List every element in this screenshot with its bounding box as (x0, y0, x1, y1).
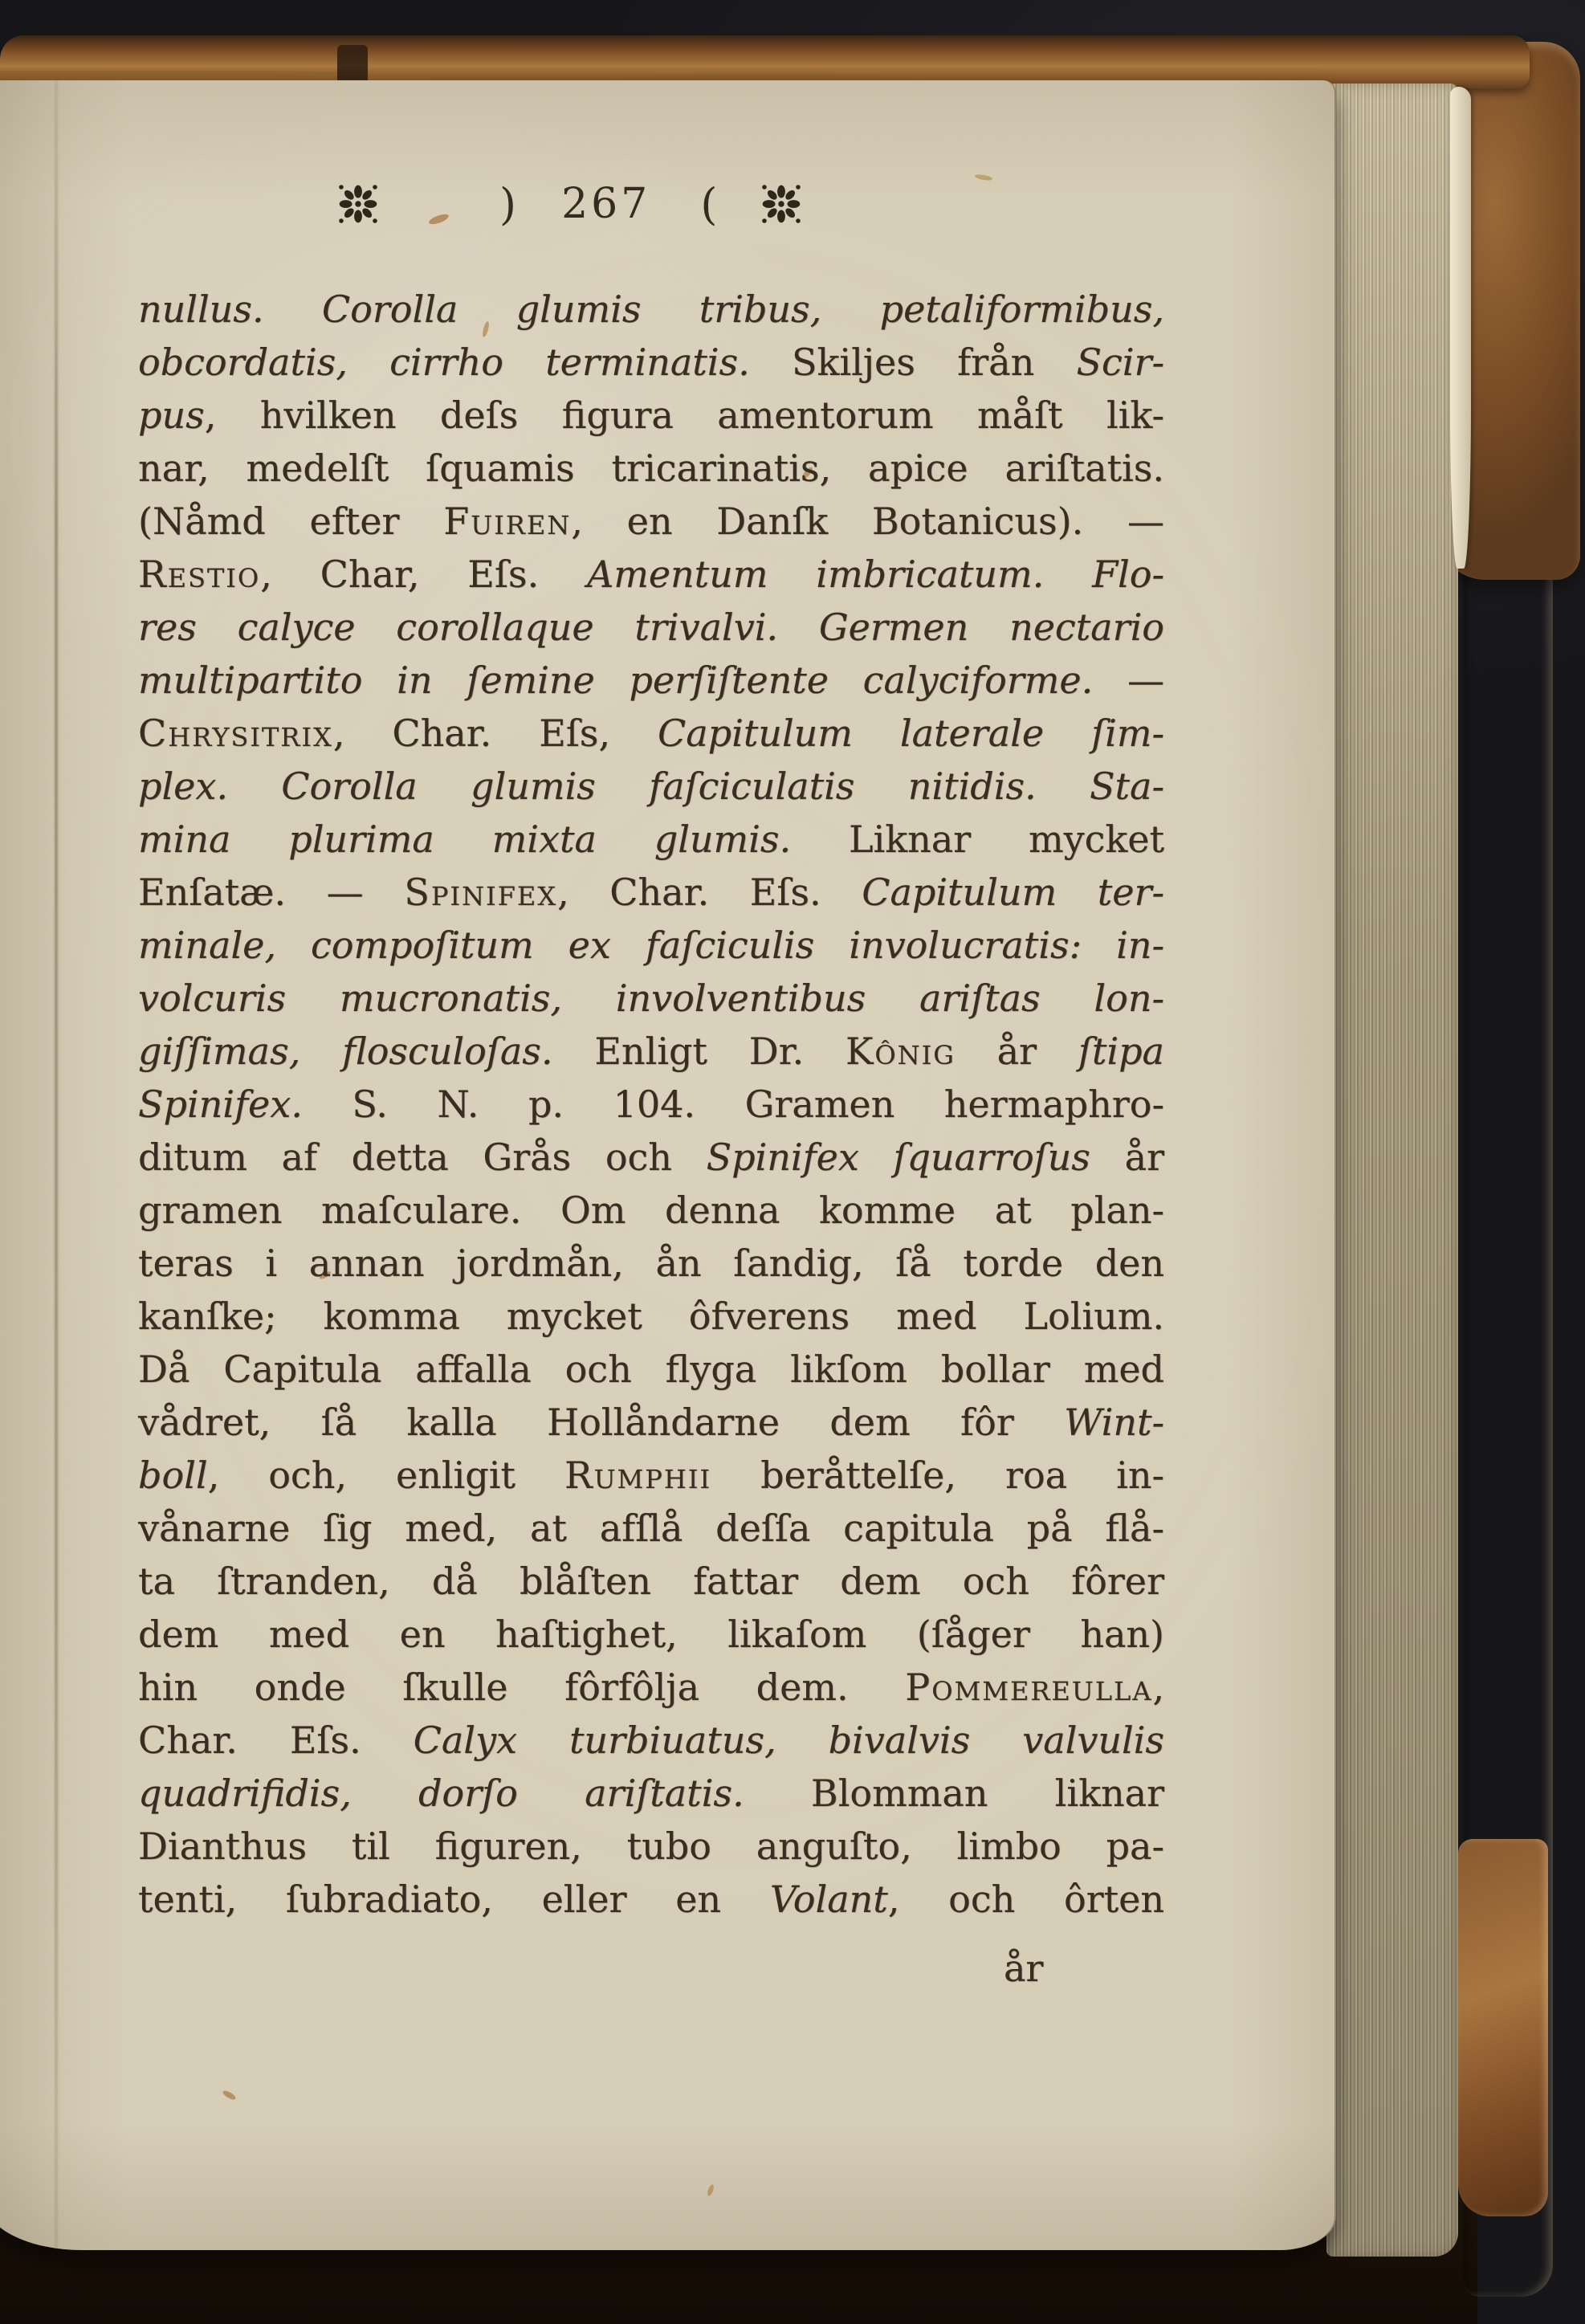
text-line-31: tenti, ſubradiato, eller en Volant, och … (138, 1873, 1164, 1926)
text-line-26: dem med en haſtighet, likaſom (ſåger han… (138, 1608, 1164, 1661)
paper-speck (707, 2183, 715, 2196)
text-line-21: Då Capitula affalla och flyga likſom bol… (138, 1343, 1164, 1396)
text-line-6: Restio, Char, Eſs. Amentum imbricatum. F… (138, 548, 1164, 601)
text-line-10: plex. Corolla glumis faſciculatis nitidi… (138, 760, 1164, 813)
text-line-24: vånarne ſig med, at afſlå deſſa capitula… (138, 1502, 1164, 1555)
printer-flower-ornament-icon (759, 181, 804, 226)
text-line-16: Spinifex. S. N. p. 104. Gramen hermaphro… (138, 1078, 1164, 1131)
text-line-9: Chrysitrix, Char. Eſs, Capitulum lateral… (138, 707, 1164, 760)
book-fore-edge-pages (1326, 84, 1458, 2257)
text-line-25: ta ſtranden, då blåſten fattar dem och f… (138, 1555, 1164, 1608)
text-line-3: pus, hvilken deſs figura amentorum måſt … (138, 389, 1164, 442)
text-line-17: ditum af detta Grås och Spinifex ſquarro… (138, 1131, 1164, 1184)
catchword: år (1004, 1947, 1043, 1990)
text-line-12: Enſatæ. — Spinifex, Char. Eſs. Capitulum… (138, 866, 1164, 919)
text-line-8: multipartito in ſemine perſiſtente calyc… (138, 654, 1164, 707)
text-line-23: boll, och, enligit Rumphii beråttelſe, r… (138, 1449, 1164, 1502)
text-line-13: minale, compoſitum ex faſciculis involuc… (138, 919, 1164, 972)
text-line-5: (Nåmd efter Fuiren, en Danſk Botanicus).… (138, 495, 1164, 548)
body-text: nullus. Corolla glumis tribus, petalifor… (138, 283, 1164, 1926)
running-head: ) 267 ( (336, 170, 804, 238)
text-line-18: gramen maſculare. Om denna komme at plan… (138, 1184, 1164, 1237)
text-line-28: Char. Eſs. Calyx turbiuatus, bivalvis va… (138, 1714, 1164, 1767)
text-line-29: quadrifidis, dorſo ariſtatis. Blomman li… (138, 1767, 1164, 1820)
text-line-11: mina plurima mixta glumis. Liknar mycket (138, 813, 1164, 866)
header-open-bracket: ) (499, 179, 516, 230)
text-line-20: kanſke; komma mycket ôfverens med Lolium… (138, 1290, 1164, 1343)
text-line-27: hin onde ſkulle fôrfôlja dem. Pommereull… (138, 1661, 1164, 1714)
text-line-14: volcuris mucronatis, involventibus ariſt… (138, 972, 1164, 1025)
scanned-book-photo: ) 267 ( (0, 0, 1585, 2324)
header-close-bracket: ( (700, 179, 717, 230)
text-line-15: giſſimas, flosculoſas. Enligt Dr. Kônig … (138, 1025, 1164, 1078)
curled-page-edge (1450, 87, 1471, 569)
paper-speck (222, 2089, 237, 2101)
text-line-7: res calyce corollaque trivalvi. Germen n… (138, 601, 1164, 654)
leather-wear-spot (337, 45, 368, 84)
printer-flower-ornament-icon (336, 181, 381, 226)
text-line-4: nar, medelſt ſquamis tricarinatis, apice… (138, 442, 1164, 495)
leather-cover-bottom-right-patch (1458, 1839, 1548, 2216)
text-line-30: Dianthus til figuren, tubo anguſto, limb… (138, 1820, 1164, 1873)
gutter-crease (55, 80, 58, 2250)
page-number: 267 (561, 180, 650, 228)
text-line-2: obcordatis, cirrho terminatis. Skiljes f… (138, 336, 1164, 389)
text-line-22: vådret, ſå kalla Hollåndarne dem fôr Win… (138, 1396, 1164, 1449)
text-line-1: nullus. Corolla glumis tribus, petalifor… (138, 283, 1164, 336)
text-line-19: teras i annan jordmån, ån ſandig, ſå tor… (138, 1237, 1164, 1290)
paper-speck (975, 173, 993, 181)
